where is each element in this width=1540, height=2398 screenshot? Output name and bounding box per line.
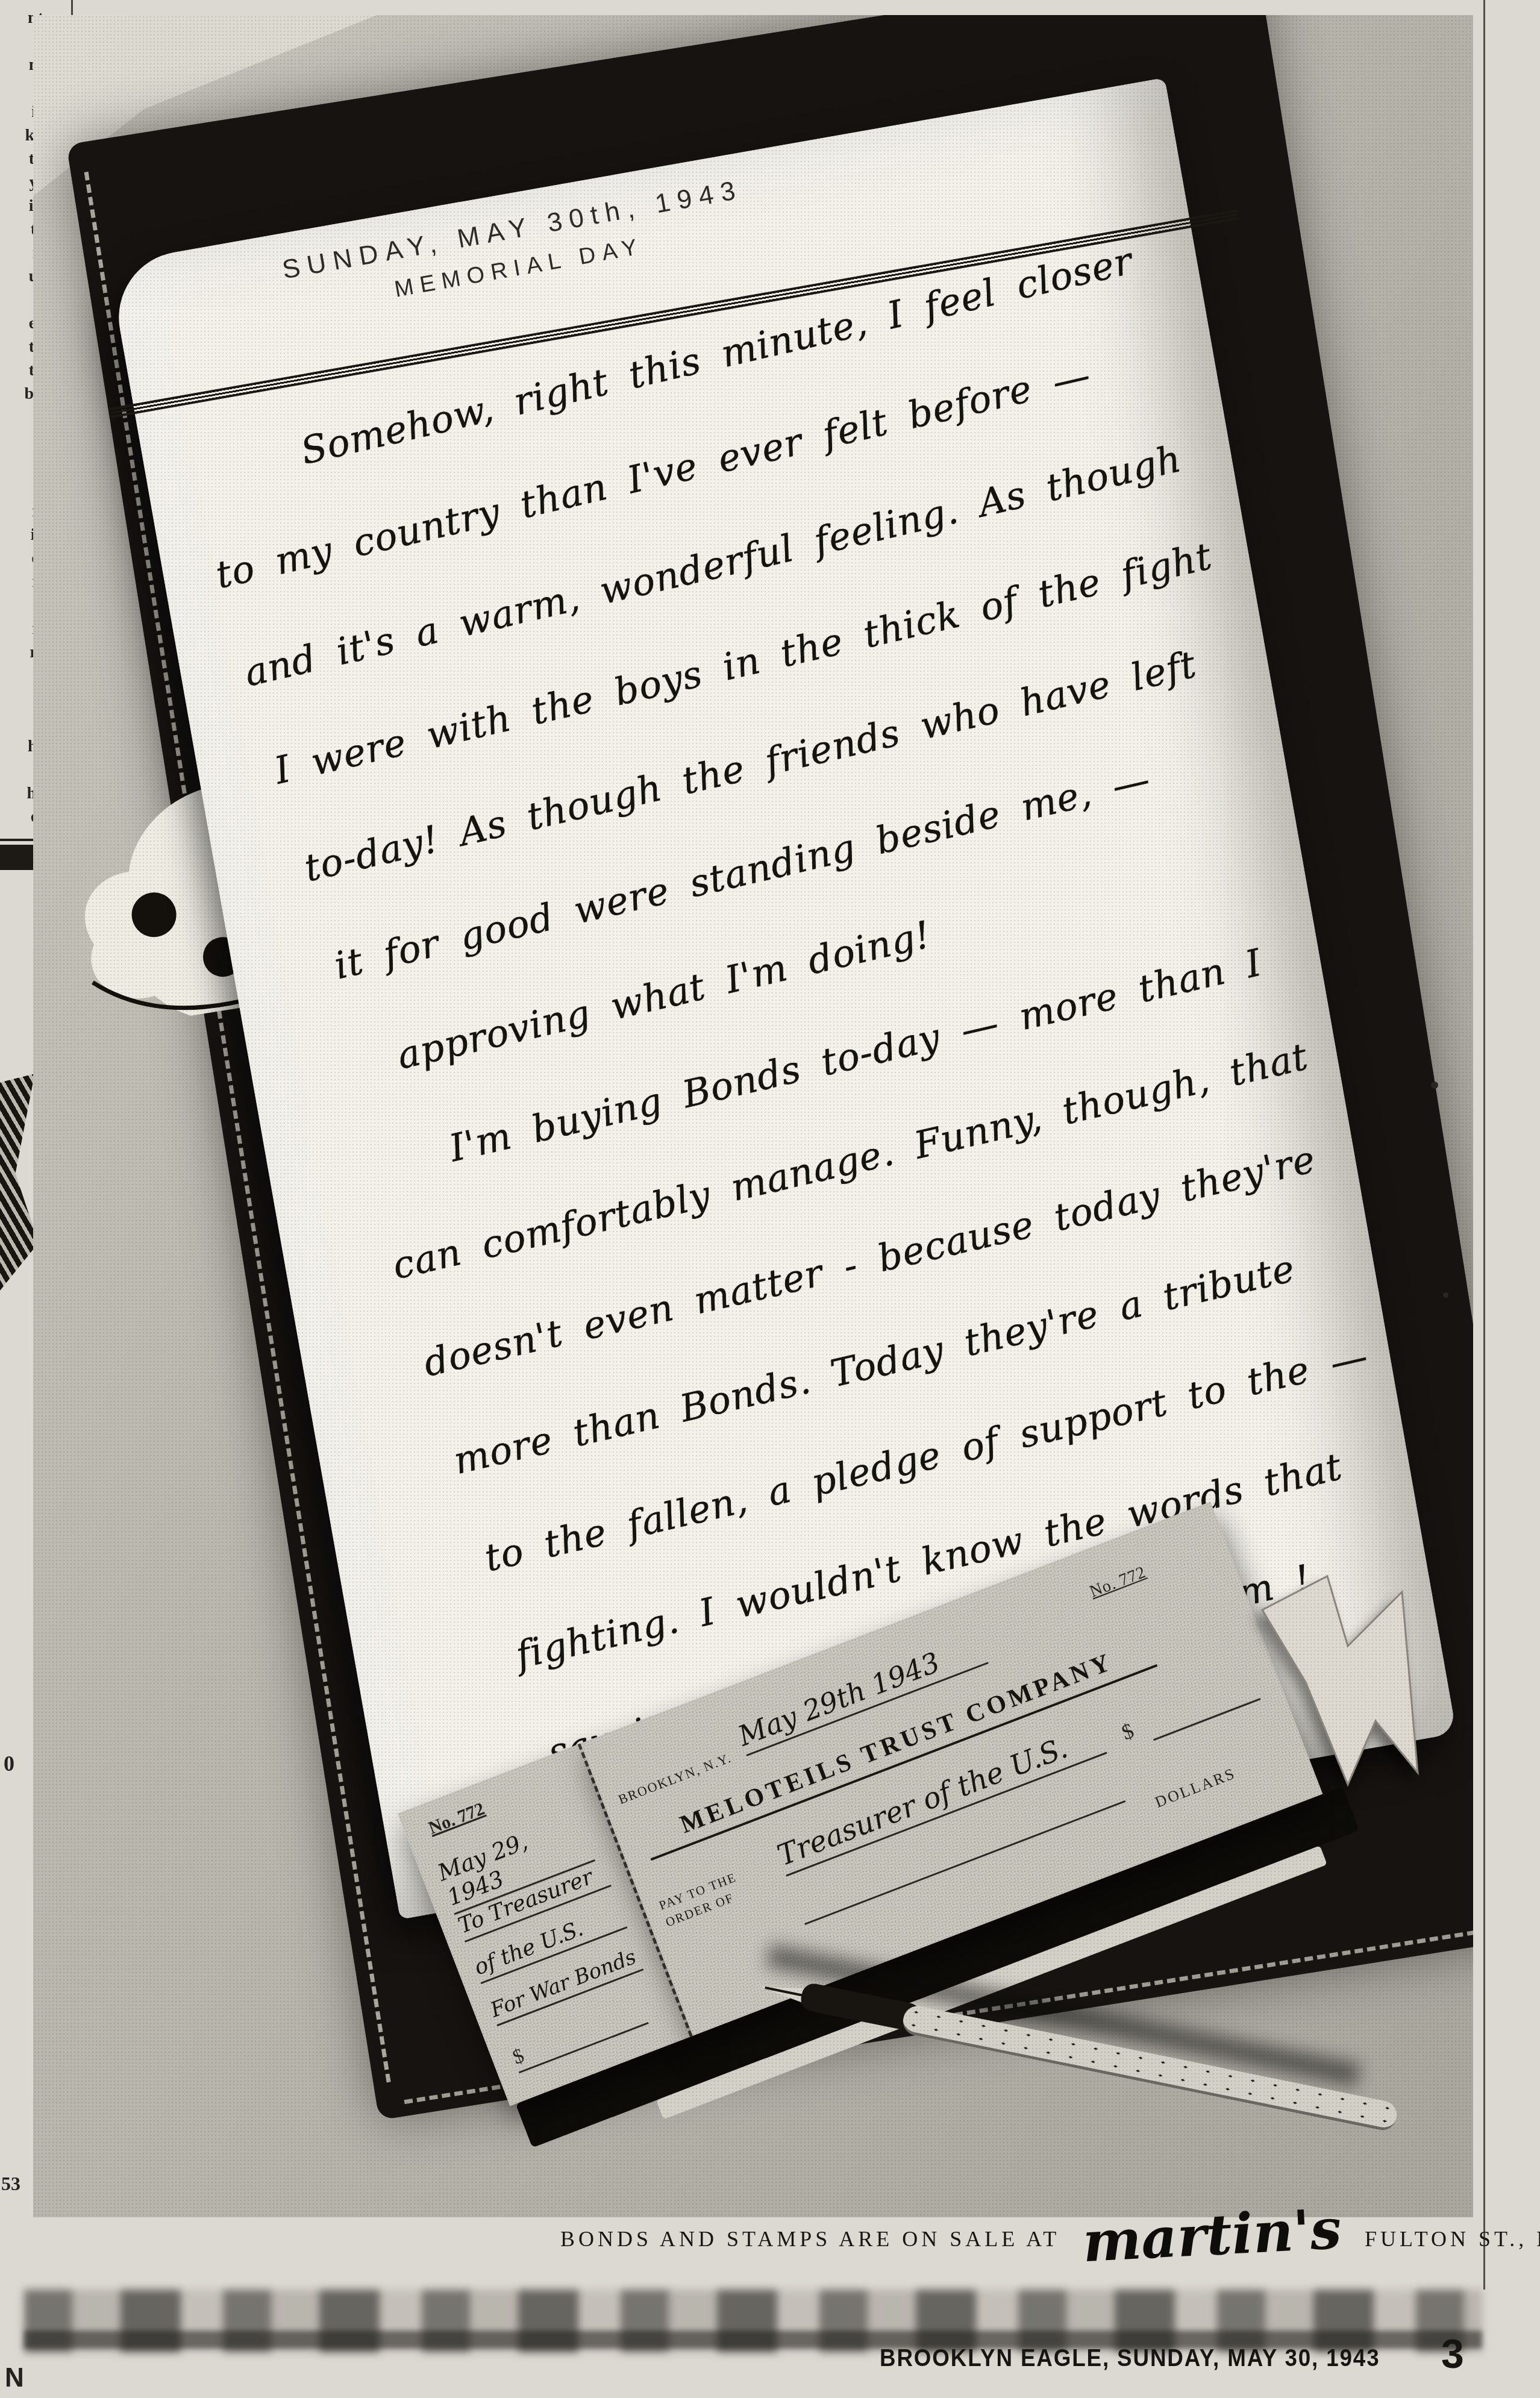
check-number: No. 772: [1087, 1563, 1148, 1602]
ad-sale-line: BONDS AND STAMPS ARE ON SALE AT martin's…: [560, 2206, 1488, 2271]
dollars-label: DOLLARS: [1153, 1764, 1238, 1812]
dollar-sign: $: [1118, 1718, 1138, 1745]
print-speck: [1431, 1082, 1438, 1089]
ribbon-bookmark: [1256, 1573, 1443, 1814]
print-speck: [1443, 1292, 1448, 1298]
ad-prefix-text: BONDS AND STAMPS ARE ON SALE AT: [560, 2226, 1060, 2252]
newspaper-page-scan: { "journal": { "header": { "date_line": …: [0, 0, 1540, 2398]
page-number: 3: [1441, 2331, 1464, 2378]
ad-suffix-text: FULTON ST., BROOKLYN: [1365, 2226, 1540, 2252]
stub-number: No. 772: [426, 1799, 487, 1838]
martins-logo: martin's: [1081, 2196, 1343, 2274]
pay-to-order-label: PAY TO THE ORDER OF: [656, 1868, 745, 1932]
column-fragment: N: [5, 2363, 24, 2393]
advert-photo: SUNDAY, MAY 30th, 1943 MEMORIAL DAY Some…: [33, 15, 1473, 2217]
column-fragment: 53: [1, 2173, 20, 2195]
footer-masthead: BROOKLYN EAGLE, SUNDAY, MAY 30, 1943: [880, 2345, 1380, 2372]
column-fragment: 0: [4, 1751, 14, 1776]
amount-line: [1153, 1698, 1260, 1741]
right-column-rule: [1483, 0, 1485, 2290]
